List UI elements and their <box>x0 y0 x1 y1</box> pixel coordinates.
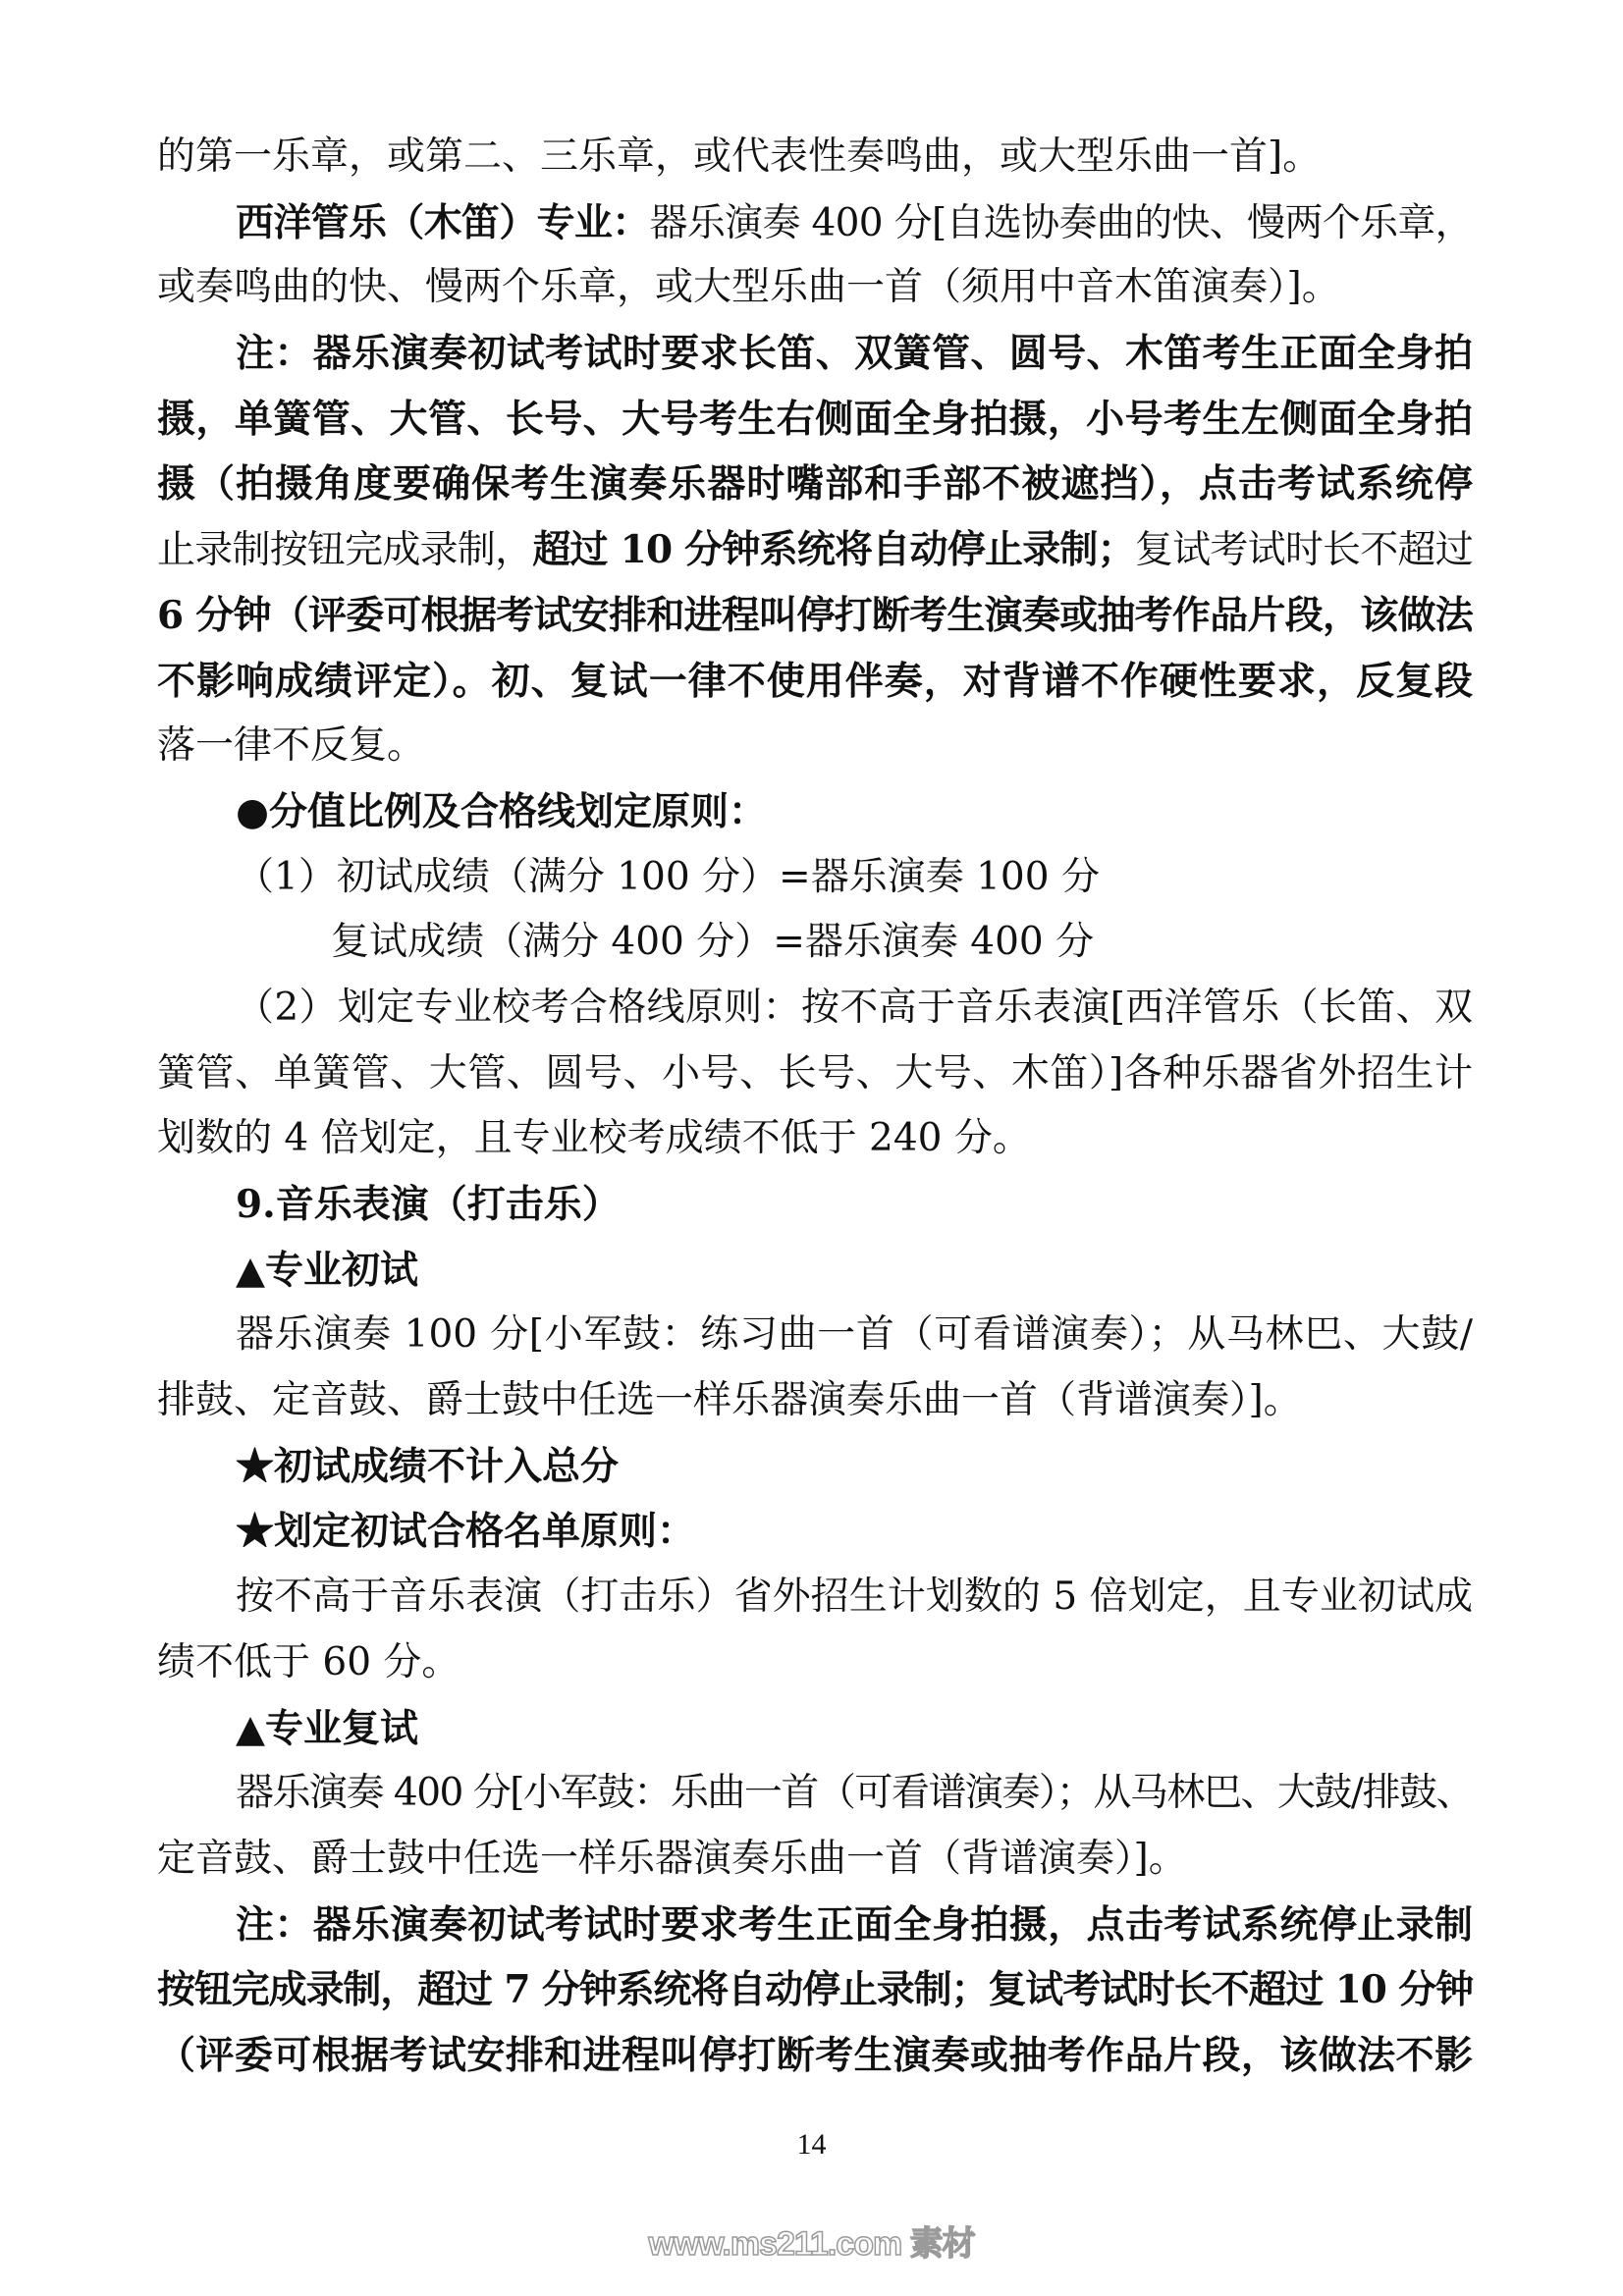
text-line: 摄（拍摄角度要确保考生演奏乐器时嘴部和手部不被遮挡），点击考试系统停 <box>157 452 1473 517</box>
text-line: ★划定初试合格名单原则： <box>157 1499 1473 1565</box>
text-line: 器乐演奏 100 分[小军鼓：练习曲一首（可看谱演奏）；从马林巴、大鼓/ <box>157 1303 1473 1368</box>
text-segment: 定音鼓、爵士鼓中任选一样乐器演奏乐曲一首（背谱演奏）]。 <box>157 1837 1187 1881</box>
bold-text-segment: 西洋管乐（木笛）专业： <box>236 200 650 245</box>
bold-text-segment: 超过 10 分钟系统将自动停止录制； <box>532 527 1135 572</box>
text-line: 不影响成绩评定）。初、复试一律不使用伴奏，对背谱不作硬性要求，反复段 <box>157 649 1473 715</box>
text-segment: 或奏鸣曲的快、慢两个乐章，或大型乐曲一首（须用中音木笛演奏）]。 <box>157 265 1340 309</box>
text-line: 定音鼓、爵士鼓中任选一样乐器演奏乐曲一首（背谱演奏）]。 <box>157 1827 1473 1893</box>
bold-text-segment: 不影响成绩评定）。初、复试一律不使用伴奏，对背谱不作硬性要求，反复段 <box>157 659 1473 704</box>
bold-text-segment: 6 分钟（评委可根据考试安排和进程叫停打断考生演奏或抽考作品片段，该做法 <box>157 593 1473 638</box>
text-line: 复试成绩（满分 400 分）=器乐演奏 400 分 <box>157 910 1473 976</box>
text-segment: 复试考试时长不超过 <box>1135 528 1473 572</box>
text-line: 落一律不反复。 <box>157 714 1473 779</box>
bold-text-segment: ★初试成绩不计入总分 <box>236 1444 619 1489</box>
text-line: 注：器乐演奏初试考试时要求长笛、双簧管、圆号、木笛考生正面全身拍 <box>157 321 1473 387</box>
bold-text-segment: （评委可根据考试安排和进程叫停打断考生演奏或抽考作品片段，该做法不影 <box>157 2033 1473 2078</box>
text-line: 绩不低于 60 分。 <box>157 1630 1473 1696</box>
text-line: ▲专业初试 <box>157 1238 1473 1304</box>
text-segment: 复试成绩（满分 400 分）=器乐演奏 400 分 <box>331 920 1094 964</box>
bold-text-segment: ▲专业复试 <box>236 1706 418 1751</box>
text-segment: （1）初试成绩（满分 100 分）=器乐演奏 100 分 <box>236 855 1100 899</box>
text-line: 止录制按钮完成录制，超过 10 分钟系统将自动停止录制；复试考试时长不超过 <box>157 517 1473 583</box>
text-segment: 排鼓、定音鼓、爵士鼓中任选一样乐器演奏乐曲一首（背谱演奏）]。 <box>157 1378 1302 1422</box>
bold-text-segment: 摄，单簧管、大管、长号、大号考生右侧面全身拍摄，小号考生左侧面全身拍 <box>157 397 1473 442</box>
text-line: 6 分钟（评委可根据考试安排和进程叫停打断考生演奏或抽考作品片段，该做法 <box>157 583 1473 649</box>
bold-text-segment: ●分值比例及合格线划定原则： <box>236 789 767 834</box>
body-text: 的第一乐章，或第二、三乐章，或代表性奏鸣曲，或大型乐曲一首]。西洋管乐（木笛）专… <box>157 125 1473 2089</box>
text-line: ★初试成绩不计入总分 <box>157 1434 1473 1500</box>
text-segment: 的第一乐章，或第二、三乐章，或代表性奏鸣曲，或大型乐曲一首]。 <box>157 134 1321 179</box>
text-segment: 落一律不反复。 <box>157 723 425 768</box>
text-line: 簧管、单簧管、大管、圆号、小号、长号、大号、木笛）]各种乐器省外招生计 <box>157 1041 1473 1107</box>
text-line: （1）初试成绩（满分 100 分）=器乐演奏 100 分 <box>157 845 1473 911</box>
text-line: 排鼓、定音鼓、爵士鼓中任选一样乐器演奏乐曲一首（背谱演奏）]。 <box>157 1368 1473 1434</box>
text-segment: 止录制按钮完成录制， <box>157 528 532 572</box>
document-page: 的第一乐章，或第二、三乐章，或代表性奏鸣曲，或大型乐曲一首]。西洋管乐（木笛）专… <box>0 0 1623 2296</box>
text-segment: 划数的 4 倍划定，且专业校考成绩不低于 240 分。 <box>157 1116 1031 1160</box>
text-line: 的第一乐章，或第二、三乐章，或代表性奏鸣曲，或大型乐曲一首]。 <box>157 125 1473 190</box>
text-line: （2）划定专业校考合格线原则：按不高于音乐表演[西洋管乐（长笛、双 <box>157 976 1473 1041</box>
bold-text-segment: 摄（拍摄角度要确保考生演奏乐器时嘴部和手部不被遮挡），点击考试系统停 <box>157 461 1473 507</box>
bold-text-segment: ★划定初试合格名单原则： <box>236 1509 695 1554</box>
text-segment: 器乐演奏 100 分[小军鼓：练习曲一首（可看谱演奏）；从马林巴、大鼓/ <box>236 1312 1473 1357</box>
page-number: 14 <box>0 2128 1623 2162</box>
bold-text-segment: ▲专业初试 <box>236 1248 418 1293</box>
text-line: ●分值比例及合格线划定原则： <box>157 779 1473 845</box>
text-segment: （2）划定专业校考合格线原则：按不高于音乐表演[西洋管乐（长笛、双 <box>236 986 1473 1030</box>
text-segment: 器乐演奏 400 分[自选协奏曲的快、慢两个乐章， <box>650 201 1473 245</box>
text-line: 注：器乐演奏初试考试时要求考生正面全身拍摄，点击考试系统停止录制 <box>157 1893 1473 1958</box>
text-line: 9.音乐表演（打击乐） <box>157 1172 1473 1238</box>
bold-text-segment: 按钮完成录制，超过 7 分钟系统将自动停止录制；复试考试时长不超过 10 分钟 <box>157 1967 1473 2012</box>
text-line: 按不高于音乐表演（打击乐）省外招生计划数的 5 倍划定，且专业初试成 <box>157 1565 1473 1630</box>
bold-text-segment: 9.音乐表演（打击乐） <box>236 1182 621 1227</box>
text-segment: 绩不低于 60 分。 <box>157 1640 460 1684</box>
text-line: 按钮完成录制，超过 7 分钟系统将自动停止录制；复试考试时长不超过 10 分钟 <box>157 1957 1473 2023</box>
text-segment: 按不高于音乐表演（打击乐）省外招生计划数的 5 倍划定，且专业初试成 <box>236 1575 1473 1619</box>
bold-text-segment: 注：器乐演奏初试考试时要求考生正面全身拍摄，点击考试系统停止录制 <box>236 1902 1473 1948</box>
text-line: 摄，单簧管、大管、长号、大号考生右侧面全身拍摄，小号考生左侧面全身拍 <box>157 387 1473 453</box>
text-segment: 器乐演奏 400 分[小军鼓：乐曲一首（可看谱演奏）；从马林巴、大鼓/排鼓、 <box>236 1771 1473 1815</box>
text-line: （评委可根据考试安排和进程叫停打断考生演奏或抽考作品片段，该做法不影 <box>157 2023 1473 2089</box>
watermark: www.ms211.com 素材 <box>0 2216 1623 2265</box>
text-line: 或奏鸣曲的快、慢两个乐章，或大型乐曲一首（须用中音木笛演奏）]。 <box>157 255 1473 321</box>
text-line: ▲专业复试 <box>157 1696 1473 1762</box>
bold-text-segment: 注：器乐演奏初试考试时要求长笛、双簧管、圆号、木笛考生正面全身拍 <box>236 331 1473 376</box>
text-segment: 簧管、单簧管、大管、圆号、小号、长号、大号、木笛）]各种乐器省外招生计 <box>157 1051 1473 1095</box>
text-line: 西洋管乐（木笛）专业：器乐演奏 400 分[自选协奏曲的快、慢两个乐章， <box>157 190 1473 256</box>
text-line: 器乐演奏 400 分[小军鼓：乐曲一首（可看谱演奏）；从马林巴、大鼓/排鼓、 <box>157 1761 1473 1827</box>
text-line: 划数的 4 倍划定，且专业校考成绩不低于 240 分。 <box>157 1106 1473 1172</box>
